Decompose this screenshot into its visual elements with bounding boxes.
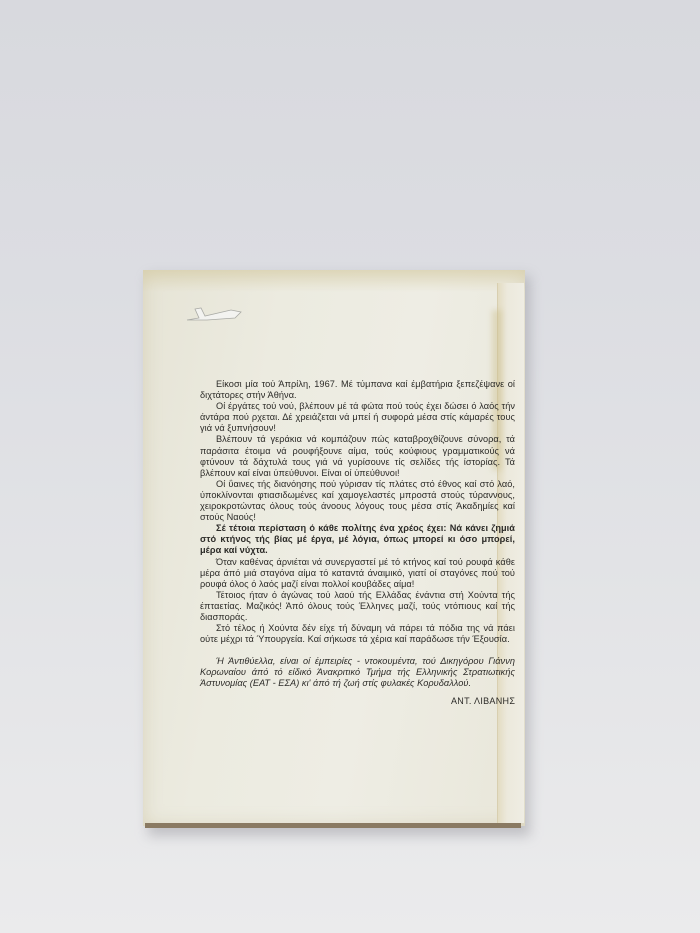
blurb-paragraph: Οί έργάτες τού νού, βλέπουν μέ τά φώτα π… [200,401,515,434]
italic-note: Ή Άντιθύελλα, είναι οί έμπειρίες - ντοκο… [200,656,515,689]
torn-sticker-residue [185,306,245,322]
cover-stain-top [143,270,525,292]
blurb-paragraph-bold: Σέ τέτοια περίσταση ό κάθε πολίτης ένα χ… [200,523,515,556]
blurb-paragraph: Τέτοιος ήταν ό άγώνας τού λαού τής Ελλάδ… [200,590,515,623]
blurb-paragraph: Οί ΰαινες τής διανόησης πού γύρισαν τίς … [200,479,515,523]
blurb-paragraph: Βλέπουν τά γεράκια νά κομπάζουν πώς κατα… [200,434,515,478]
blurb-paragraph: Όταν καθένας άρνιέται νά συνεργαστεί μέ … [200,557,515,590]
author-signature: ΑΝΤ. ΛΙΒΑΝΗΣ [451,696,515,706]
back-cover-blurb: Είκοσι μία τού Άπρίλη, 1967. Μέ τύμπανα … [200,379,515,690]
blurb-paragraph: Στό τέλος ή Χούντα δέν είχε τή δύναμη νά… [200,623,515,645]
blurb-paragraph: Είκοσι μία τού Άπρίλη, 1967. Μέ τύμπανα … [200,379,515,401]
book-page-edge [145,823,521,828]
